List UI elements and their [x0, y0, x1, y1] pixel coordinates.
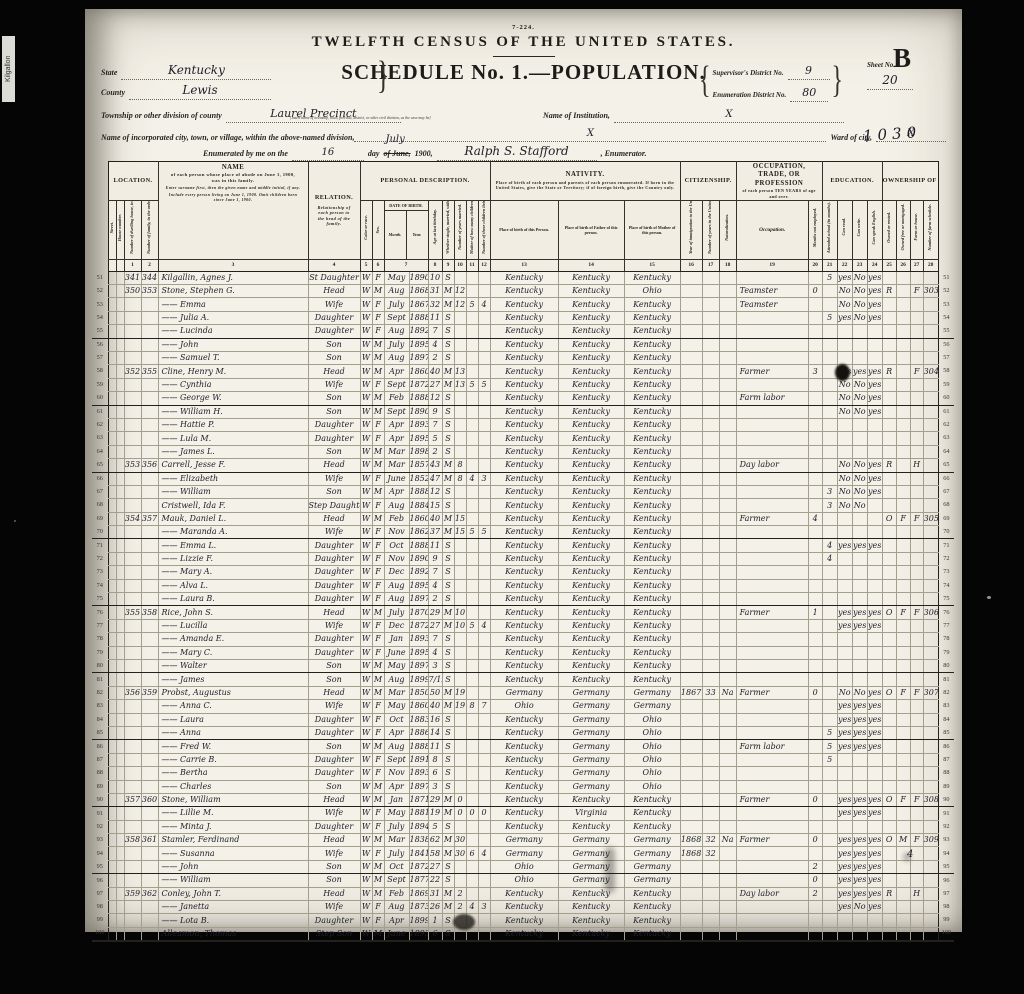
col-years-married — [454, 338, 466, 351]
col-farm-or-house — [910, 901, 923, 914]
col-street — [108, 311, 116, 324]
col-months-not-employed — [808, 325, 822, 338]
col-owned-or-rented: O — [882, 793, 896, 806]
line-number: 71 — [92, 539, 108, 552]
col-occupation — [736, 445, 808, 458]
line-number: 89 — [938, 780, 954, 793]
col-years-married: 15 — [454, 512, 466, 525]
col-family-number — [141, 780, 158, 793]
col-children-living — [478, 713, 490, 726]
col-owned-free-or-mortgaged — [896, 338, 910, 351]
col-relation: Son — [308, 740, 360, 753]
col-relation: Son — [308, 485, 360, 498]
col-can-read — [837, 512, 852, 525]
col-can-read: yes — [837, 874, 852, 887]
township-label: Township or other division of county — [101, 111, 222, 120]
column-number: 3 — [158, 259, 308, 271]
col-birth-year: 1890 — [409, 552, 428, 565]
col-can-read: yes — [837, 901, 852, 914]
col-naturalization — [719, 847, 736, 860]
col-family-number — [141, 820, 158, 833]
census-row: 59—— CynthiaWifeWFSept187227M1355Kentuck… — [92, 378, 954, 391]
col-birth-month: Dec — [384, 619, 409, 632]
col-family-number — [141, 740, 158, 753]
col-birth-year: 1869 — [409, 887, 428, 900]
age-column-header: Age at last birthday. — [428, 200, 442, 259]
col-color: W — [360, 927, 372, 940]
col-street — [108, 325, 116, 338]
birth-year-column-header: Year. — [407, 211, 428, 259]
col-sex: F — [372, 726, 384, 739]
col-house-number — [116, 633, 124, 646]
col-birthplace: Kentucky — [490, 914, 558, 927]
col-relation: Daughter — [308, 539, 360, 552]
col-can-speak-english — [867, 338, 882, 351]
col-father-birthplace: Kentucky — [558, 552, 624, 565]
census-row: 63—— Lula M.DaughterWFApr18955SKentuckyK… — [92, 432, 954, 445]
census-row: 54—— Julia A.DaughterWFSept188811SKentuc… — [92, 311, 954, 324]
col-age: 58 — [428, 847, 442, 860]
enumeration-district-label: Enumeration District No. — [713, 91, 787, 99]
col-can-speak-english: yes — [867, 539, 882, 552]
col-age: 14 — [428, 726, 442, 739]
col-name: —— Lizzie F. — [158, 552, 308, 565]
col-owned-or-rented — [882, 660, 896, 673]
enumerated-day: 16 — [292, 142, 364, 161]
col-name: —— Elizabeth — [158, 472, 308, 485]
col-years-in-us — [702, 418, 719, 431]
col-father-birthplace: Kentucky — [558, 485, 624, 498]
col-owned-or-rented: O — [882, 834, 896, 847]
col-house-number — [116, 485, 124, 498]
col-marital-status: S — [442, 338, 454, 351]
col-sex: M — [372, 606, 384, 619]
col-mother-of-children — [466, 499, 478, 512]
col-naturalization — [719, 807, 736, 820]
col-years-in-us — [702, 633, 719, 646]
col-birth-year: 1888 — [409, 539, 428, 552]
col-occupation — [736, 673, 808, 686]
col-children-living — [478, 874, 490, 887]
col-dwelling-number: 352 — [124, 365, 141, 378]
col-owned-free-or-mortgaged — [896, 566, 910, 579]
col-mother-birthplace: Kentucky — [624, 298, 680, 311]
col-years-in-us — [702, 726, 719, 739]
enumerated-label: Enumerated by me on the — [203, 149, 288, 158]
col-name: —— Lula M. — [158, 432, 308, 445]
col-children-living — [478, 820, 490, 833]
col-school-months — [822, 780, 837, 793]
col-birth-year: 1895 — [409, 579, 428, 592]
col-years-in-us — [702, 365, 719, 378]
line-number: 84 — [92, 713, 108, 726]
col-family-number: 356 — [141, 459, 158, 472]
col-months-not-employed — [808, 338, 822, 351]
col-birth-month: Mar — [384, 834, 409, 847]
col-months-not-employed — [808, 914, 822, 927]
census-row: 51341344Kilgallin, Agnes J.St DaughterWF… — [92, 271, 954, 284]
col-sex: F — [372, 499, 384, 512]
col-can-speak-english — [867, 526, 882, 539]
col-name: —— Charles — [158, 780, 308, 793]
col-sex: M — [372, 860, 384, 873]
col-owned-or-rented — [882, 740, 896, 753]
column-number: 18 — [719, 259, 736, 271]
col-naturalization — [719, 726, 736, 739]
enumerator-name: Ralph S. Stafford — [437, 142, 597, 161]
col-children-living — [478, 726, 490, 739]
col-naturalization — [719, 579, 736, 592]
col-can-read: No — [837, 285, 852, 298]
col-street — [108, 405, 116, 418]
col-mother-birthplace: Kentucky — [624, 606, 680, 619]
col-color: W — [360, 619, 372, 632]
col-school-months — [822, 927, 837, 940]
col-owned-or-rented — [882, 352, 896, 365]
col-can-write — [852, 780, 867, 793]
col-birthplace: Kentucky — [490, 418, 558, 431]
col-relation: Wife — [308, 298, 360, 311]
col-father-birthplace: Kentucky — [558, 472, 624, 485]
col-father-birthplace: Kentucky — [558, 459, 624, 472]
col-can-write — [852, 646, 867, 659]
col-sex: F — [372, 646, 384, 659]
col-farm-schedule — [923, 593, 938, 606]
col-mother-of-children — [466, 874, 478, 887]
col-age: 26 — [428, 901, 442, 914]
col-can-read — [837, 579, 852, 592]
col-marital-status: S — [442, 633, 454, 646]
col-age: 29 — [428, 606, 442, 619]
col-mother-of-children — [466, 713, 478, 726]
census-row: 100Alleamon, ThomasStep SonWMJune18936SK… — [92, 927, 954, 940]
col-immigration-year — [680, 325, 702, 338]
col-children-living — [478, 660, 490, 673]
col-house-number — [116, 499, 124, 512]
col-naturalization — [719, 887, 736, 900]
col-farm-or-house — [910, 526, 923, 539]
col-farm-schedule — [923, 619, 938, 632]
col-years-married: 0 — [454, 793, 466, 806]
col-school-months — [822, 418, 837, 431]
col-can-speak-english: yes — [867, 365, 882, 378]
col-relation: Daughter — [308, 753, 360, 766]
col-months-not-employed — [808, 352, 822, 365]
col-can-read: yes — [837, 847, 852, 860]
col-mother-birthplace: Germany — [624, 834, 680, 847]
col-can-write — [852, 338, 867, 351]
col-farm-schedule — [923, 874, 938, 887]
col-school-months — [822, 887, 837, 900]
col-immigration-year — [680, 713, 702, 726]
col-owned-free-or-mortgaged: F — [896, 793, 910, 806]
scanned-census-page: { "film": { "edge_label": "Kilgallon", "… — [0, 0, 1024, 994]
col-family-number — [141, 726, 158, 739]
col-children-living — [478, 512, 490, 525]
col-years-in-us — [702, 552, 719, 565]
col-owned-or-rented — [882, 593, 896, 606]
col-marital-status: S — [442, 271, 454, 284]
col-can-read: yes — [837, 860, 852, 873]
location-group-header: LOCATION. — [108, 162, 158, 201]
col-marital-status: M — [442, 378, 454, 391]
col-occupation: Farmer — [736, 365, 808, 378]
col-owned-free-or-mortgaged — [896, 593, 910, 606]
col-family-number — [141, 552, 158, 565]
col-house-number — [116, 927, 124, 940]
col-school-months — [822, 378, 837, 391]
col-sex: F — [372, 552, 384, 565]
col-children-living — [478, 552, 490, 565]
col-relation: Wife — [308, 619, 360, 632]
col-farm-schedule — [923, 660, 938, 673]
col-dwelling-number — [124, 378, 141, 391]
relation-title: RELATION. — [309, 194, 360, 201]
col-family-number — [141, 325, 158, 338]
col-house-number — [116, 660, 124, 673]
col-mother-of-children — [466, 753, 478, 766]
col-occupation — [736, 325, 808, 338]
line-number: 97 — [938, 887, 954, 900]
col-house-number — [116, 298, 124, 311]
col-farm-or-house — [910, 499, 923, 512]
col-age: 19 — [428, 807, 442, 820]
col-name: —— William — [158, 485, 308, 498]
col-farm-or-house: F — [910, 834, 923, 847]
col-school-months — [822, 633, 837, 646]
line-number: 94 — [938, 847, 954, 860]
col-birth-month: Sept — [384, 753, 409, 766]
title-rule — [493, 56, 555, 57]
col-sex: F — [372, 807, 384, 820]
col-can-write: No — [852, 378, 867, 391]
col-dwelling-number: 356 — [124, 686, 141, 699]
col-sex: M — [372, 927, 384, 940]
col-farm-or-house: F — [910, 686, 923, 699]
col-can-speak-english: yes — [867, 271, 882, 284]
col-years-married — [454, 780, 466, 793]
col-months-not-employed: 1 — [808, 606, 822, 619]
col-naturalization — [719, 472, 736, 485]
col-mother-birthplace: Kentucky — [624, 365, 680, 378]
column-number: 15 — [624, 259, 680, 271]
col-owned-free-or-mortgaged — [896, 552, 910, 565]
col-sex: F — [372, 298, 384, 311]
col-occupation — [736, 338, 808, 351]
col-can-read — [837, 673, 852, 686]
col-birth-year: 1899 — [409, 914, 428, 927]
col-street — [108, 860, 116, 873]
col-name: —— Mary C. — [158, 646, 308, 659]
col-father-birthplace: Germany — [558, 740, 624, 753]
col-naturalization — [719, 499, 736, 512]
col-mother-of-children — [466, 566, 478, 579]
col-name: —— John — [158, 338, 308, 351]
col-birth-month: Nov — [384, 767, 409, 780]
col-years-in-us — [702, 459, 719, 472]
col-years-married: 30 — [454, 834, 466, 847]
col-street — [108, 874, 116, 887]
col-family-number — [141, 352, 158, 365]
col-family-number — [141, 566, 158, 579]
col-house-number — [116, 713, 124, 726]
line-number: 57 — [938, 352, 954, 365]
col-years-married — [454, 485, 466, 498]
col-years-married — [454, 767, 466, 780]
col-sex: F — [372, 311, 384, 324]
col-months-not-employed: 4 — [808, 512, 822, 525]
col-mother-of-children: 5 — [466, 526, 478, 539]
col-dwelling-number — [124, 552, 141, 565]
line-number: 83 — [938, 700, 954, 713]
col-can-speak-english — [867, 325, 882, 338]
col-mother-of-children — [466, 860, 478, 873]
col-mother-birthplace: Kentucky — [624, 445, 680, 458]
col-sex: M — [372, 887, 384, 900]
col-age: 4 — [428, 338, 442, 351]
col-street — [108, 512, 116, 525]
col-farm-or-house — [910, 552, 923, 565]
farm-schedule-column-header: Number of farm schedule. — [923, 200, 938, 259]
sheet-number-value: 20 — [867, 71, 913, 90]
column-number: 24 — [867, 259, 882, 271]
state-county-brace: } — [377, 54, 389, 99]
line-number: 74 — [938, 579, 954, 592]
col-naturalization — [719, 633, 736, 646]
col-farm-or-house — [910, 673, 923, 686]
col-can-read: yes — [837, 700, 852, 713]
year-text: 1900, — [415, 149, 433, 158]
col-farm-schedule — [923, 847, 938, 860]
supervisor-district-label: Supervisor's District No. — [713, 69, 784, 77]
col-birthplace: Kentucky — [490, 352, 558, 365]
census-row: 71—— Emma L.DaughterWFOct188811SKentucky… — [92, 539, 954, 552]
col-school-months — [822, 713, 837, 726]
col-street — [108, 472, 116, 485]
col-color: W — [360, 459, 372, 472]
col-owned-or-rented — [882, 566, 896, 579]
line-number: 85 — [92, 726, 108, 739]
col-birth-year: 1888 — [409, 392, 428, 405]
col-immigration-year — [680, 298, 702, 311]
line-number: 80 — [92, 660, 108, 673]
col-months-not-employed — [808, 298, 822, 311]
col-house-number — [116, 526, 124, 539]
col-farm-schedule — [923, 392, 938, 405]
col-children-living — [478, 860, 490, 873]
col-years-married: 19 — [454, 686, 466, 699]
line-number: 55 — [938, 325, 954, 338]
col-house-number — [116, 325, 124, 338]
sex-column-header: Sex. — [372, 200, 384, 259]
col-owned-or-rented — [882, 392, 896, 405]
col-age: 7/12 — [428, 673, 442, 686]
col-father-birthplace: Kentucky — [558, 606, 624, 619]
col-age: 7 — [428, 325, 442, 338]
col-age: 5 — [428, 432, 442, 445]
col-birthplace: Kentucky — [490, 526, 558, 539]
col-street — [108, 780, 116, 793]
col-school-months: 5 — [822, 753, 837, 766]
col-birth-month: Sept — [384, 874, 409, 887]
col-owned-free-or-mortgaged — [896, 499, 910, 512]
years-in-us-column-header: Number of years in the United States. — [702, 200, 719, 259]
col-can-write — [852, 914, 867, 927]
col-naturalization — [719, 285, 736, 298]
col-house-number — [116, 700, 124, 713]
col-marital-status: S — [442, 392, 454, 405]
col-name: —— Emma L. — [158, 539, 308, 552]
col-marital-status: S — [442, 673, 454, 686]
col-can-speak-english: yes — [867, 726, 882, 739]
col-years-in-us — [702, 392, 719, 405]
col-sex: M — [372, 405, 384, 418]
col-street — [108, 298, 116, 311]
line-number: 62 — [92, 418, 108, 431]
col-dwelling-number — [124, 432, 141, 445]
col-house-number — [116, 512, 124, 525]
col-naturalization — [719, 660, 736, 673]
col-children-living — [478, 285, 490, 298]
col-birth-month: July — [384, 606, 409, 619]
col-years-married: 19 — [454, 700, 466, 713]
line-number: 73 — [938, 566, 954, 579]
col-relation: Daughter — [308, 713, 360, 726]
col-father-birthplace: Germany — [558, 686, 624, 699]
col-years-in-us — [702, 753, 719, 766]
col-house-number — [116, 593, 124, 606]
line-number: 68 — [938, 499, 954, 512]
col-birth-month: Apr — [384, 432, 409, 445]
col-can-write: No — [852, 311, 867, 324]
col-children-living — [478, 432, 490, 445]
col-birth-month: Aug — [384, 352, 409, 365]
col-can-speak-english — [867, 552, 882, 565]
col-owned-free-or-mortgaged — [896, 901, 910, 914]
col-immigration-year — [680, 901, 702, 914]
col-months-not-employed — [808, 593, 822, 606]
census-row: 73—— Mary A.DaughterWFDec18927SKentuckyK… — [92, 566, 954, 579]
col-can-speak-english: yes — [867, 619, 882, 632]
col-owned-free-or-mortgaged — [896, 874, 910, 887]
col-school-months — [822, 914, 837, 927]
col-birth-year: 1841 — [409, 847, 428, 860]
col-age: 1 — [428, 914, 442, 927]
col-street — [108, 820, 116, 833]
col-children-living — [478, 459, 490, 472]
col-color: W — [360, 378, 372, 391]
col-can-speak-english — [867, 780, 882, 793]
col-mother-birthplace: Kentucky — [624, 499, 680, 512]
col-relation: Head — [308, 512, 360, 525]
col-can-speak-english: yes — [867, 807, 882, 820]
col-dwelling-number — [124, 445, 141, 458]
city-value: X — [354, 123, 826, 142]
col-years-in-us: 32 — [702, 834, 719, 847]
col-can-write: yes — [852, 834, 867, 847]
col-occupation — [736, 820, 808, 833]
col-can-write — [852, 512, 867, 525]
col-owned-free-or-mortgaged — [896, 700, 910, 713]
line-number: 99 — [92, 914, 108, 927]
line-number: 100 — [92, 927, 108, 940]
col-can-speak-english — [867, 927, 882, 940]
col-immigration-year — [680, 633, 702, 646]
col-name: —— Walter — [158, 660, 308, 673]
col-color: W — [360, 512, 372, 525]
birth-month-column-header: Month. — [385, 211, 407, 259]
col-immigration-year — [680, 271, 702, 284]
